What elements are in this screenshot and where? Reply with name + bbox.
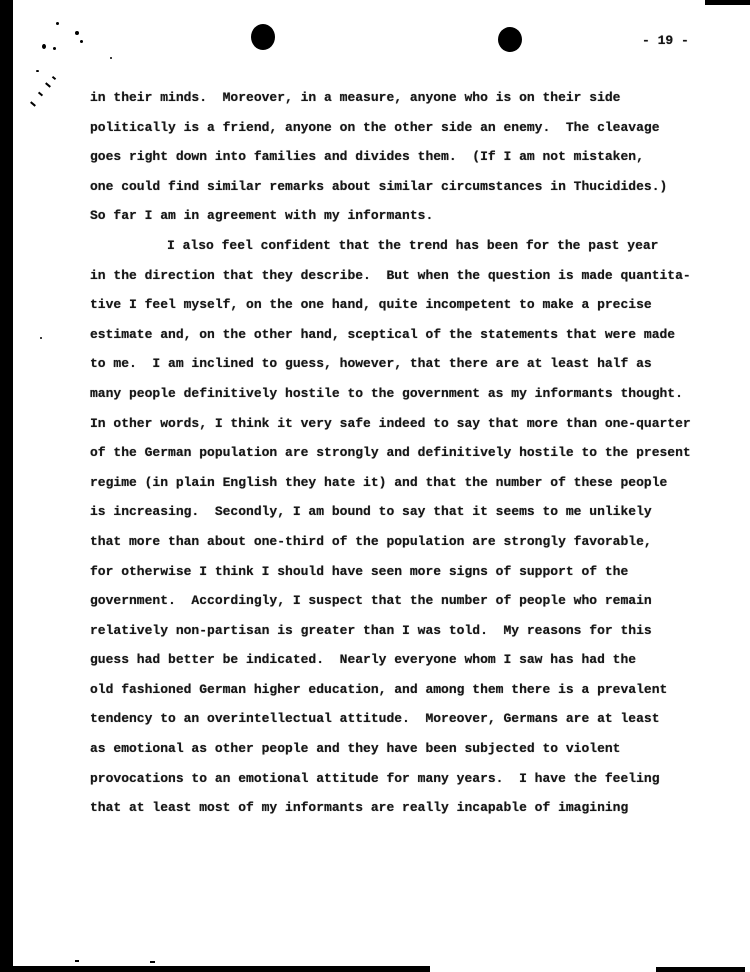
text-line: to me. I am inclined to guess, however, …	[90, 349, 715, 379]
text-line: In other words, I think it very safe ind…	[90, 409, 715, 439]
document-text-block: in their minds. Moreover, in a measure, …	[90, 83, 715, 823]
text-line: that more than about one-third of the po…	[90, 527, 715, 557]
text-line: provocations to an emotional attitude fo…	[90, 764, 715, 794]
text-line: goes right down into families and divide…	[90, 142, 715, 172]
text-line: guess had better be indicated. Nearly ev…	[90, 645, 715, 675]
text-line: regime (in plain English they hate it) a…	[90, 468, 715, 498]
scan-speckle	[36, 70, 39, 72]
page-number: - 19 -	[642, 33, 689, 48]
scanned-document-page: - 19 - in their minds. Moreover, in a me…	[0, 0, 750, 972]
text-line: many people definitively hostile to the …	[90, 379, 715, 409]
text-line: estimate and, on the other hand, sceptic…	[90, 320, 715, 350]
scan-speckle	[56, 22, 59, 25]
hole-punch-dot	[498, 27, 522, 52]
scan-edge-left	[0, 0, 13, 972]
text-line: tive I feel myself, on the one hand, qui…	[90, 290, 715, 320]
text-line: in the direction that they describe. But…	[90, 261, 715, 291]
hole-punch-dot	[251, 24, 275, 50]
text-line: relatively non-partisan is greater than …	[90, 616, 715, 646]
text-line: is increasing. Secondly, I am bound to s…	[90, 497, 715, 527]
scan-edge-bottom-right	[656, 967, 745, 972]
text-line: So far I am in agreement with my informa…	[90, 201, 715, 231]
scan-speckle	[40, 337, 42, 339]
scan-scratch	[52, 76, 56, 80]
scan-speckle	[42, 44, 46, 49]
scan-speckle	[110, 57, 112, 59]
text-line: that at least most of my informants are …	[90, 793, 715, 823]
text-line: in their minds. Moreover, in a measure, …	[90, 83, 715, 113]
text-line: for otherwise I think I should have seen…	[90, 557, 715, 587]
scan-speckle	[150, 961, 155, 963]
scan-scratch	[38, 92, 43, 97]
scan-speckle	[75, 31, 79, 35]
text-line: tendency to an overintellectual attitude…	[90, 704, 715, 734]
text-line: as emotional as other people and they ha…	[90, 734, 715, 764]
text-line: politically is a friend, anyone on the o…	[90, 113, 715, 143]
text-line-paragraph-start: I also feel confident that the trend has…	[90, 231, 715, 261]
text-line: old fashioned German higher education, a…	[90, 675, 715, 705]
scan-scratch	[30, 101, 36, 106]
scan-speckle	[80, 40, 83, 43]
text-line: one could find similar remarks about sim…	[90, 172, 715, 202]
scan-speckle	[53, 47, 56, 50]
text-line: government. Accordingly, I suspect that …	[90, 586, 715, 616]
scan-edge-top-right	[705, 0, 750, 5]
scan-edge-bottom-left	[0, 966, 430, 972]
text-line: of the German population are strongly an…	[90, 438, 715, 468]
scan-scratch	[45, 82, 51, 87]
scan-speckle	[75, 960, 79, 962]
